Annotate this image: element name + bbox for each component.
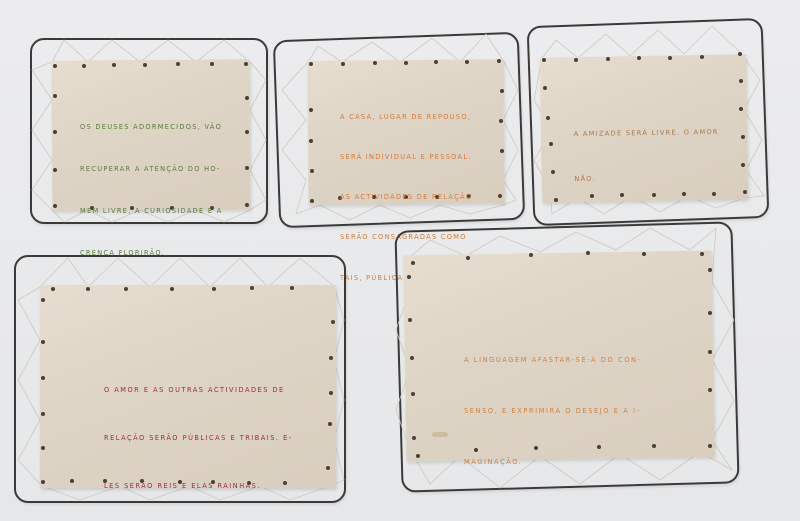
text-line: A LINGUAGEM AFASTAR-SE-Á DO CON- bbox=[464, 352, 642, 369]
embroidered-text: A LINGUAGEM AFASTAR-SE-Á DO CON- SENSO, … bbox=[464, 318, 642, 505]
nail bbox=[642, 252, 646, 256]
signature-mark bbox=[432, 432, 448, 437]
nail bbox=[412, 436, 416, 440]
nail bbox=[466, 256, 470, 260]
nail bbox=[529, 253, 533, 257]
nail bbox=[708, 388, 712, 392]
nail bbox=[708, 311, 712, 315]
nail bbox=[708, 268, 712, 272]
nail bbox=[407, 275, 411, 279]
nail bbox=[708, 444, 712, 448]
nail bbox=[652, 444, 656, 448]
nail bbox=[586, 251, 590, 255]
nail bbox=[408, 318, 412, 322]
text-line: MAGINAÇÃO. bbox=[464, 454, 642, 471]
nail bbox=[700, 252, 704, 256]
nail bbox=[410, 356, 414, 360]
nail bbox=[708, 350, 712, 354]
text-line: SENSO, E EXPRIMIRÁ O DESEJO E A I- bbox=[464, 403, 642, 420]
nail bbox=[416, 454, 420, 458]
nail bbox=[411, 261, 415, 265]
nail bbox=[411, 392, 415, 396]
